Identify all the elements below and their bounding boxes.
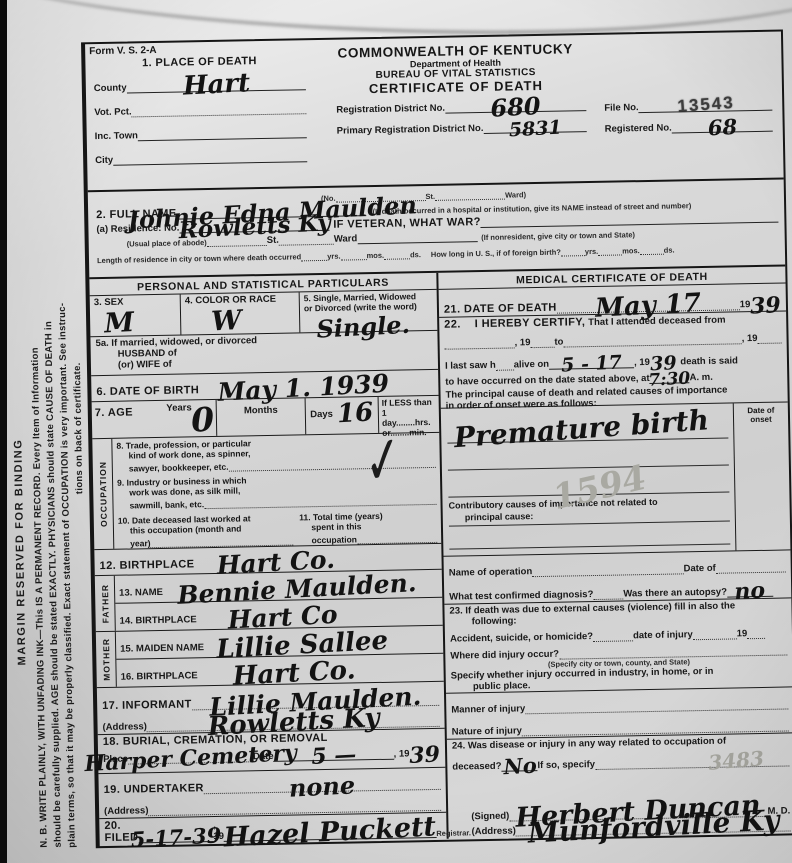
age-months-cell: Months <box>216 399 306 437</box>
operation-label: Name of operation <box>449 567 533 580</box>
city-label: City <box>95 155 113 166</box>
filed-date-value: 5-17-39 <box>130 828 221 850</box>
item9-line3: sawmill, bank, etc. <box>117 500 204 512</box>
occurred-label: to have occurred on the date stated abov… <box>445 373 649 388</box>
ds-label: ds. <box>410 250 421 259</box>
father-side-cell: FATHER <box>95 576 116 631</box>
burial-place-value: Harper Cemetery <box>84 745 297 774</box>
paper: MARGIN RESERVED FOR BINDING N. B. WRITE … <box>0 0 792 863</box>
occupation-related-block: 24. Was disease or injury in any way rel… <box>447 733 792 790</box>
nature-label: Nature of injury <box>452 725 522 737</box>
filed-row: 20. FILED 5-17-39 , 19 Hazel Puckett Reg… <box>99 813 446 845</box>
autopsy-label: Was there an autopsy? <box>623 586 727 599</box>
birthplace-label: 12. BIRTHPLACE <box>100 559 195 573</box>
date-of-onset-box: Date of onset <box>733 403 791 550</box>
dod-year-printed: 19 <box>740 300 751 311</box>
manner-label: Manner of injury <box>451 704 525 716</box>
external-causes-block: 23. If death was due to external causes … <box>444 598 792 693</box>
injury-19: 19 <box>737 628 748 639</box>
days-label: Days <box>310 409 333 420</box>
dob-label: 6. DATE OF BIRTH <box>96 385 199 399</box>
father-birthplace-label: 14. BIRTHPLACE <box>120 615 197 627</box>
c22-19b: , 19 <box>742 333 758 344</box>
ward-hint: Ward) <box>505 190 526 199</box>
mother-name-value: Lillie Sallee <box>216 631 389 661</box>
ds-label2: ds. <box>664 245 675 254</box>
alive-on-label: alive on <box>514 358 550 370</box>
yrs-label2: yrs. <box>585 247 599 256</box>
years-value: 0 <box>190 407 214 435</box>
name-section: (No. St. Ward) 2. FULL NAME Johnie Edna … <box>88 179 785 279</box>
c22-19a: , 19 <box>515 338 531 349</box>
death-said-label: death is said <box>676 355 738 367</box>
if-so-label: If so, specify <box>537 759 595 771</box>
undertaker-address-label: (Address) <box>104 805 149 817</box>
onset-label2: onset <box>734 415 788 425</box>
certify-block: 22. I HEREBY CERTIFY, That I attended de… <box>439 312 788 409</box>
item11: 11. Total time (years) spent in this occ… <box>293 510 437 546</box>
c22-number: 22. <box>444 319 461 331</box>
place-of-death-heading: 1. PLACE OF DEATH <box>93 54 305 70</box>
c24-line2: deceased? <box>452 761 501 773</box>
accident-label: Accident, suicide, or homicide? <box>450 631 593 645</box>
dod-label: 21. DATE OF DEATH <box>444 302 557 316</box>
mother-birthplace-label: 16. BIRTHPLACE <box>121 671 198 683</box>
years-label: Years <box>166 403 192 414</box>
city-line: City <box>95 149 307 166</box>
age-label: 7. AGE <box>95 407 133 420</box>
st-hint: St. <box>425 192 435 201</box>
place-of-death-block: 1. PLACE OF DEATH County Hart Vot. Pct. … <box>85 40 314 190</box>
physician-address-label: (Address) <box>453 825 516 837</box>
file-no-line: File No. 13543 <box>604 98 772 114</box>
form-number: Form V. S. 2-A <box>89 45 157 57</box>
signed-label: (Signed) <box>453 811 509 823</box>
contributory-blank <box>449 522 730 550</box>
primary-district-label: Primary Registration District No. <box>337 123 484 137</box>
primary-district-value: 5831 <box>508 120 562 138</box>
registration-district-value: 680 <box>490 96 541 118</box>
certificate-form: Form V. S. 2-A 1. PLACE OF DEATH County … <box>81 29 792 848</box>
columns: PERSONAL AND STATISTICAL PARTICULARS 3. … <box>89 266 792 845</box>
item10: 10. Date deceased last worked at this oc… <box>118 513 294 549</box>
occupation-checkmark: ✓ <box>362 426 404 498</box>
physician-address-value: Munfordville Ky <box>527 809 780 845</box>
medical-column: MEDICAL CERTIFICATE OF DEATH 21. DATE OF… <box>438 266 792 838</box>
sex-label: 3. SEX <box>94 296 176 309</box>
informant-label: 17. INFORMANT <box>102 698 192 712</box>
last-saw-date: 5 - 17 <box>561 356 623 374</box>
mother-name-label: 15. MAIDEN NAME <box>120 643 204 656</box>
injury-date-label: date of injury <box>633 629 693 641</box>
county-label: County <box>94 83 127 95</box>
registered-no-value: 68 <box>707 119 737 137</box>
us-label: How long in U. S., if of foreign birth? <box>421 248 561 260</box>
sex-cell: 3. SEX M <box>90 295 181 337</box>
inc-town-label: Inc. Town <box>95 130 138 142</box>
am-label: A. m. <box>689 371 712 382</box>
mos-label2: mos. <box>622 246 640 255</box>
burial-row: 18. BURIAL, CREMATION, OR REMOVAL Place … <box>98 729 446 775</box>
occupation-side-cell: OCCUPATION <box>92 439 114 549</box>
cause-line1: Premature birth <box>447 404 729 444</box>
file-no-label: File No. <box>604 102 639 114</box>
occupation-items: ✓ 8. Trade, profession, or particular ki… <box>112 433 441 549</box>
margin-binding-text: MARGIN RESERVED FOR BINDING <box>12 438 28 665</box>
file-block: File No. 13543 Registered No. 68 <box>599 32 784 181</box>
registrar-signature: Hazel Puckett <box>224 817 437 850</box>
age-years-cell: 7. AGE Years 0 <box>92 400 217 438</box>
occurred-time: 7:30 <box>649 372 691 388</box>
test-label: What test confirmed diagnosis? <box>449 589 593 603</box>
mother-side-cell: MOTHER <box>96 632 117 687</box>
operation-date-label: Date of <box>683 563 715 575</box>
marital-cell: 5. Single, Married, Widowed or Divorced … <box>299 290 438 333</box>
last-saw-19: , 19 <box>634 357 650 368</box>
last-saw-label: I last saw h <box>445 359 496 371</box>
father-name-label: 13. NAME <box>119 587 163 599</box>
registered-no-label: Registered No. <box>605 123 672 135</box>
burial-year-printed: , 19 <box>394 749 410 760</box>
item8-line3: sawyer, bookkeeper, etc. <box>117 462 229 474</box>
undertaker-label: 19. UNDERTAKER <box>104 782 204 796</box>
informant-address-label: (Address) <box>102 721 147 733</box>
residence-value: Rowletts Ky <box>178 214 331 240</box>
mother-side-label: MOTHER <box>100 638 111 681</box>
length-label: Length of residence in city or town wher… <box>97 252 301 265</box>
ward-label: Ward <box>334 233 358 244</box>
c24-value: No <box>503 758 537 777</box>
county-value: Hart <box>182 73 250 97</box>
nonresident-hint: (If nonresident, give city or town and S… <box>477 230 635 242</box>
registration-district-label: Registration District No. <box>336 103 445 116</box>
sex-value: M <box>104 312 135 335</box>
scanned-page: MARGIN RESERVED FOR BINDING N. B. WRITE … <box>0 0 792 863</box>
inc-town-line: Inc. Town <box>95 125 307 142</box>
vot-pct-line: Vot. Pct. <box>94 101 306 118</box>
c22-to: to <box>554 337 563 348</box>
registration-district-line: Registration District No. 680 <box>336 98 586 116</box>
months-label: Months <box>244 405 278 417</box>
margin-note-line4: tions on back of certificate. <box>72 363 85 495</box>
file-no-value: 13543 <box>676 93 735 117</box>
county-line: County Hart <box>94 77 306 94</box>
color-value: W <box>211 310 242 333</box>
father-birthplace-value: Hart Co <box>227 605 338 631</box>
less-line1: If LESS than <box>382 397 436 408</box>
sex-race-marital-row: 3. SEX M 4. COLOR OR RACE W 5. Single, M… <box>90 290 438 337</box>
where-label: Where did injury occur? <box>450 649 559 662</box>
burial-date-value: 5 — <box>311 747 357 767</box>
header-section: 1. PLACE OF DEATH County Hart Vot. Pct. … <box>85 32 784 193</box>
pencil-code-3483: 3483 <box>708 746 766 775</box>
father-side-label: FATHER <box>99 584 110 624</box>
cause-block: Date of onset Premature birth 1594 Contr… <box>441 403 791 557</box>
yrs-label: yrs. <box>327 252 341 261</box>
color-cell: 4. COLOR OR RACE W <box>180 292 300 334</box>
father-block: FATHER 13. NAME Bennie Maulden. 14. BIRT… <box>95 570 443 632</box>
burial-year-value: 39 <box>409 746 441 765</box>
mos-label: mos. <box>366 251 384 260</box>
mother-block: MOTHER 15. MAIDEN NAME Lillie Sallee 16.… <box>96 626 444 688</box>
occupation-block: OCCUPATION ✓ 8. Trade, profession, or pa… <box>92 433 441 550</box>
item10-line3: year) <box>118 539 151 550</box>
primary-district-line: Primary Registration District No. 5831 <box>337 119 587 137</box>
c22-rest: That I attended deceased from <box>585 315 725 329</box>
c22-bold: I HEREBY CERTIFY, <box>461 317 586 331</box>
occupation-side-label: OCCUPATION <box>97 461 108 527</box>
personal-column: PERSONAL AND STATISTICAL PARTICULARS 3. … <box>89 273 448 845</box>
vot-pct-label: Vot. Pct. <box>94 106 132 118</box>
registered-no-line: Registered No. 68 <box>605 119 773 135</box>
days-value: 16 <box>337 403 374 426</box>
binding-edge-strip <box>0 0 7 863</box>
title-block: COMMONWEALTH OF KENTUCKY Department of H… <box>311 35 602 186</box>
